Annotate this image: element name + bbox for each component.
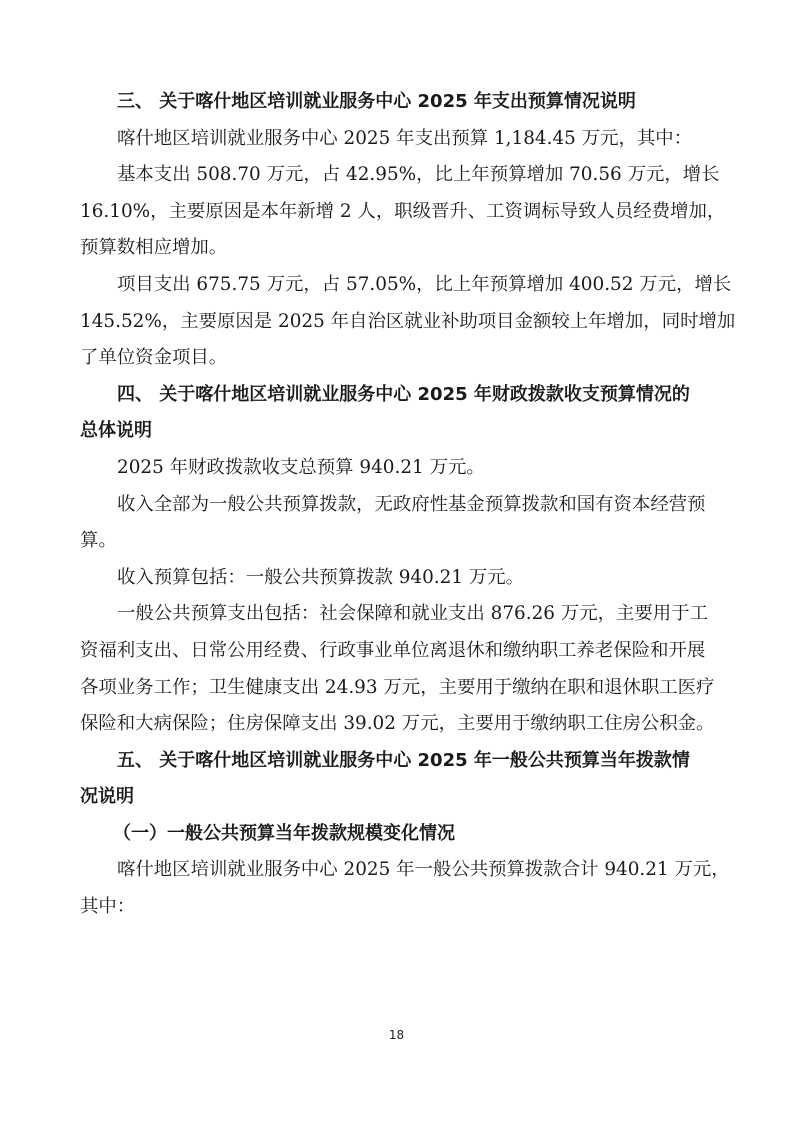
paragraph-line: 收入预算包括：一般公共预算拨款 940.21 万元。	[80, 560, 716, 597]
section-5-heading: 五、 关于喀什地区培训就业服务中心 2025 年一般公共预算当年拨款情	[80, 743, 716, 780]
section-4-heading: 四、 关于喀什地区培训就业服务中心 2025 年财政拨款收支预算情况的	[80, 377, 716, 414]
page-number: 18	[0, 1028, 793, 1042]
paragraph-line: 145.52%，主要原因是 2025 年自治区就业补助项目金额较上年增加，同时增…	[80, 304, 716, 341]
paragraph-line: 其中：	[80, 889, 716, 926]
paragraph-line: 保险和大病保险；住房保障支出 39.02 万元，主要用于缴纳职工住房公积金。	[80, 706, 716, 743]
paragraph-line: 预算数相应增加。	[80, 230, 716, 267]
paragraph-line: 收入全部为一般公共预算拨款，无政府性基金预算拨款和国有资本经营预	[80, 487, 716, 524]
paragraph: 喀什地区培训就业服务中心 2025 年支出预算 1,184.45 万元，其中：	[80, 121, 716, 158]
paragraph-line: 项目支出 675.75 万元，占 57.05%，比上年预算增加 400.52 万…	[80, 267, 716, 304]
document-page: 三、 关于喀什地区培训就业服务中心 2025 年支出预算情况说明 喀什地区培训就…	[80, 84, 716, 926]
section-3-heading: 三、 关于喀什地区培训就业服务中心 2025 年支出预算情况说明	[80, 84, 716, 121]
paragraph-line: 了单位资金项目。	[80, 340, 716, 377]
paragraph-line: 2025 年财政拨款收支总预算 940.21 万元。	[80, 450, 716, 487]
section-4-heading-cont: 总体说明	[80, 413, 716, 450]
paragraph-line: 16.10%，主要原因是本年新增 2 人，职级晋升、工资调标导致人员经费增加，	[80, 194, 716, 231]
paragraph-line: 算。	[80, 523, 716, 560]
paragraph-line: 一般公共预算支出包括：社会保障和就业支出 876.26 万元，主要用于工	[80, 596, 716, 633]
paragraph-line: 资福利支出、日常公用经费、行政事业单位离退休和缴纳职工养老保险和开展	[80, 633, 716, 670]
paragraph-line: 喀什地区培训就业服务中心 2025 年一般公共预算拨款合计 940.21 万元，	[80, 852, 716, 889]
paragraph-line: 各项业务工作；卫生健康支出 24.93 万元，主要用于缴纳在职和退休职工医疗	[80, 670, 716, 707]
subsection-heading: （一）一般公共预算当年拨款规模变化情况	[80, 816, 716, 853]
section-5-heading-cont: 况说明	[80, 779, 716, 816]
paragraph-line: 基本支出 508.70 万元，占 42.95%，比上年预算增加 70.56 万元…	[80, 157, 716, 194]
